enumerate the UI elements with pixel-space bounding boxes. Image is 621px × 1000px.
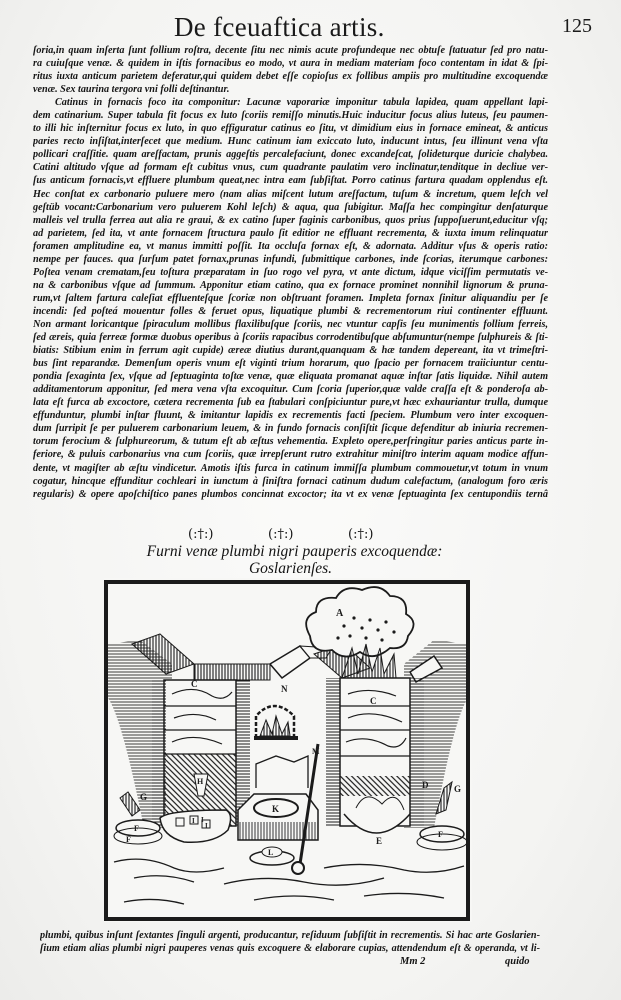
text-line: lata eſt furca ab excoctore, cætera recr… — [33, 396, 548, 409]
label-h: H — [197, 777, 204, 786]
text-line: Catinus in fornacis foco ita componitur:… — [33, 96, 548, 109]
text-line: torum ferocium & ſulphureorum, & tutum e… — [33, 435, 548, 448]
text-line: ſed æreis, quia ferreæ formæ duobus oper… — [33, 331, 548, 344]
label-c: C — [191, 679, 198, 689]
label-f2: F — [126, 835, 131, 844]
running-head: De fceuaftica artis. 125 — [0, 12, 621, 42]
cross-ornament: (:†:) — [348, 527, 373, 542]
text-line: biatis: Stibium enim in ferrum agit cupi… — [33, 344, 548, 357]
text-line: incendi: ſed poſteá mouentur folles & fe… — [33, 305, 548, 318]
text-line: Hec conſtat ex carbonario puluere mero (… — [33, 188, 548, 201]
label-e: E — [376, 836, 382, 846]
text-line: rum,vt ſaltem fartura caleſiat effluente… — [33, 292, 548, 305]
text-line: ra cuiuſque venæ. & quidem in iſtis forn… — [33, 57, 548, 70]
text-line: dem catinarium. Super tabula fit focus e… — [33, 109, 548, 122]
label-i2: I — [201, 816, 204, 824]
text-line: geſtüb vocant:Carbonarium vero puluerem … — [33, 201, 548, 214]
text-line: ad parietem, ſed ita, vt ante fornacem ſ… — [33, 227, 548, 240]
text-line: paries recto inſiſtat,interſecet que med… — [33, 135, 548, 148]
text-line: venæ. Sex taurina tergora vni folli deſt… — [33, 83, 548, 96]
text-line: plumbi, quibus inſunt ſextantes ſinguli … — [40, 929, 540, 942]
catchword: quido — [505, 956, 530, 967]
text-line: pollicari craſſitie. quam areſfactam, pr… — [33, 148, 548, 161]
signature-mark: Mm 2 — [400, 956, 425, 967]
label-g2: G — [454, 784, 461, 794]
label-m: M — [312, 747, 320, 756]
text-line: dum ſurripit ſe per puluerem carbonarium… — [33, 422, 548, 435]
footer-text: plumbi, quibus inſunt ſextantes ſinguli … — [40, 929, 540, 955]
text-line: effunduntur, plumbi inſtar fluunt, & imi… — [33, 409, 548, 422]
page-number: 125 — [562, 15, 592, 38]
text-line: Poſtea venam crematam,ſeu toſtura præpar… — [33, 266, 548, 279]
label-g: G — [140, 792, 147, 802]
text-line: dente, vt magiſter ab æſtu vindicetur. A… — [33, 462, 548, 475]
figure-caption-subtitle: Goslarienſes. — [0, 560, 601, 578]
cross-ornament: (:†:) — [268, 527, 293, 542]
text-line: additamentorum apponitur, ſed mera vena … — [33, 383, 548, 396]
text-line: nempe per fauces. qua ſurſum patet forna… — [33, 253, 548, 266]
text-line: ſus anticum fornacis,vt effluere plumbum… — [33, 174, 548, 187]
text-line: Catini altitudo vſque ad formam eſt cubi… — [33, 161, 548, 174]
text-line: foramen amplitudine ea, vt manus immitti… — [33, 240, 548, 253]
text-line: regularis) & opere apoſchiſtico panes pl… — [33, 488, 548, 501]
label-l: L — [268, 848, 273, 857]
text-line: bus ſint reparandæ. Demenſum operis vnum… — [33, 357, 548, 370]
book-page: De fceuaftica artis. 125 ſoria,in quam i… — [0, 0, 621, 1000]
label-f: F — [134, 824, 139, 833]
label-a: A — [336, 608, 344, 619]
label-d: D — [422, 780, 429, 790]
text-line: ſium etiam alias plumbi nigri pauperes v… — [40, 942, 540, 955]
label-i: I — [192, 817, 195, 825]
running-title: De fceuaftica artis. — [174, 12, 385, 43]
body-text: ſoria,in quam inſerta ſunt follium roſtr… — [33, 44, 548, 501]
text-line: feriore, & puluis carbonarius vna cum ſc… — [33, 448, 548, 461]
text-line: ritus iuxta anticum parietem deferatur,q… — [33, 70, 548, 83]
text-line: to illi hic inſternitur focus ex luto, i… — [33, 122, 548, 135]
label-f3: F — [438, 830, 443, 839]
label-n: N — [281, 684, 288, 694]
text-line: malleis vel trulla ferrea aut alia re gr… — [33, 214, 548, 227]
figure-caption-title: Furni venæ plumbi nigri pauperis excoque… — [0, 543, 605, 561]
label-i3: I — [205, 822, 208, 830]
text-line: na & carbonibus vſque ad ſummum. Apponit… — [33, 279, 548, 292]
woodcut-furnace-illustration: A C H N — [104, 578, 472, 922]
text-line: Non armant loricantque ſpiraculum mollib… — [33, 318, 548, 331]
text-line: pondia ſexaginta ſex, vſque ad ſeptuagin… — [33, 370, 548, 383]
text-line: cogatur, hincque effunditur cochleari in… — [33, 475, 548, 488]
label-k: K — [272, 804, 279, 814]
ornament-row: (:†:) (:†:) (:†:) — [0, 527, 621, 543]
text-line: ſoria,in quam inſerta ſunt follium roſtr… — [33, 44, 548, 57]
label-c2: C — [370, 696, 377, 706]
cross-ornament: (:†:) — [188, 527, 213, 542]
